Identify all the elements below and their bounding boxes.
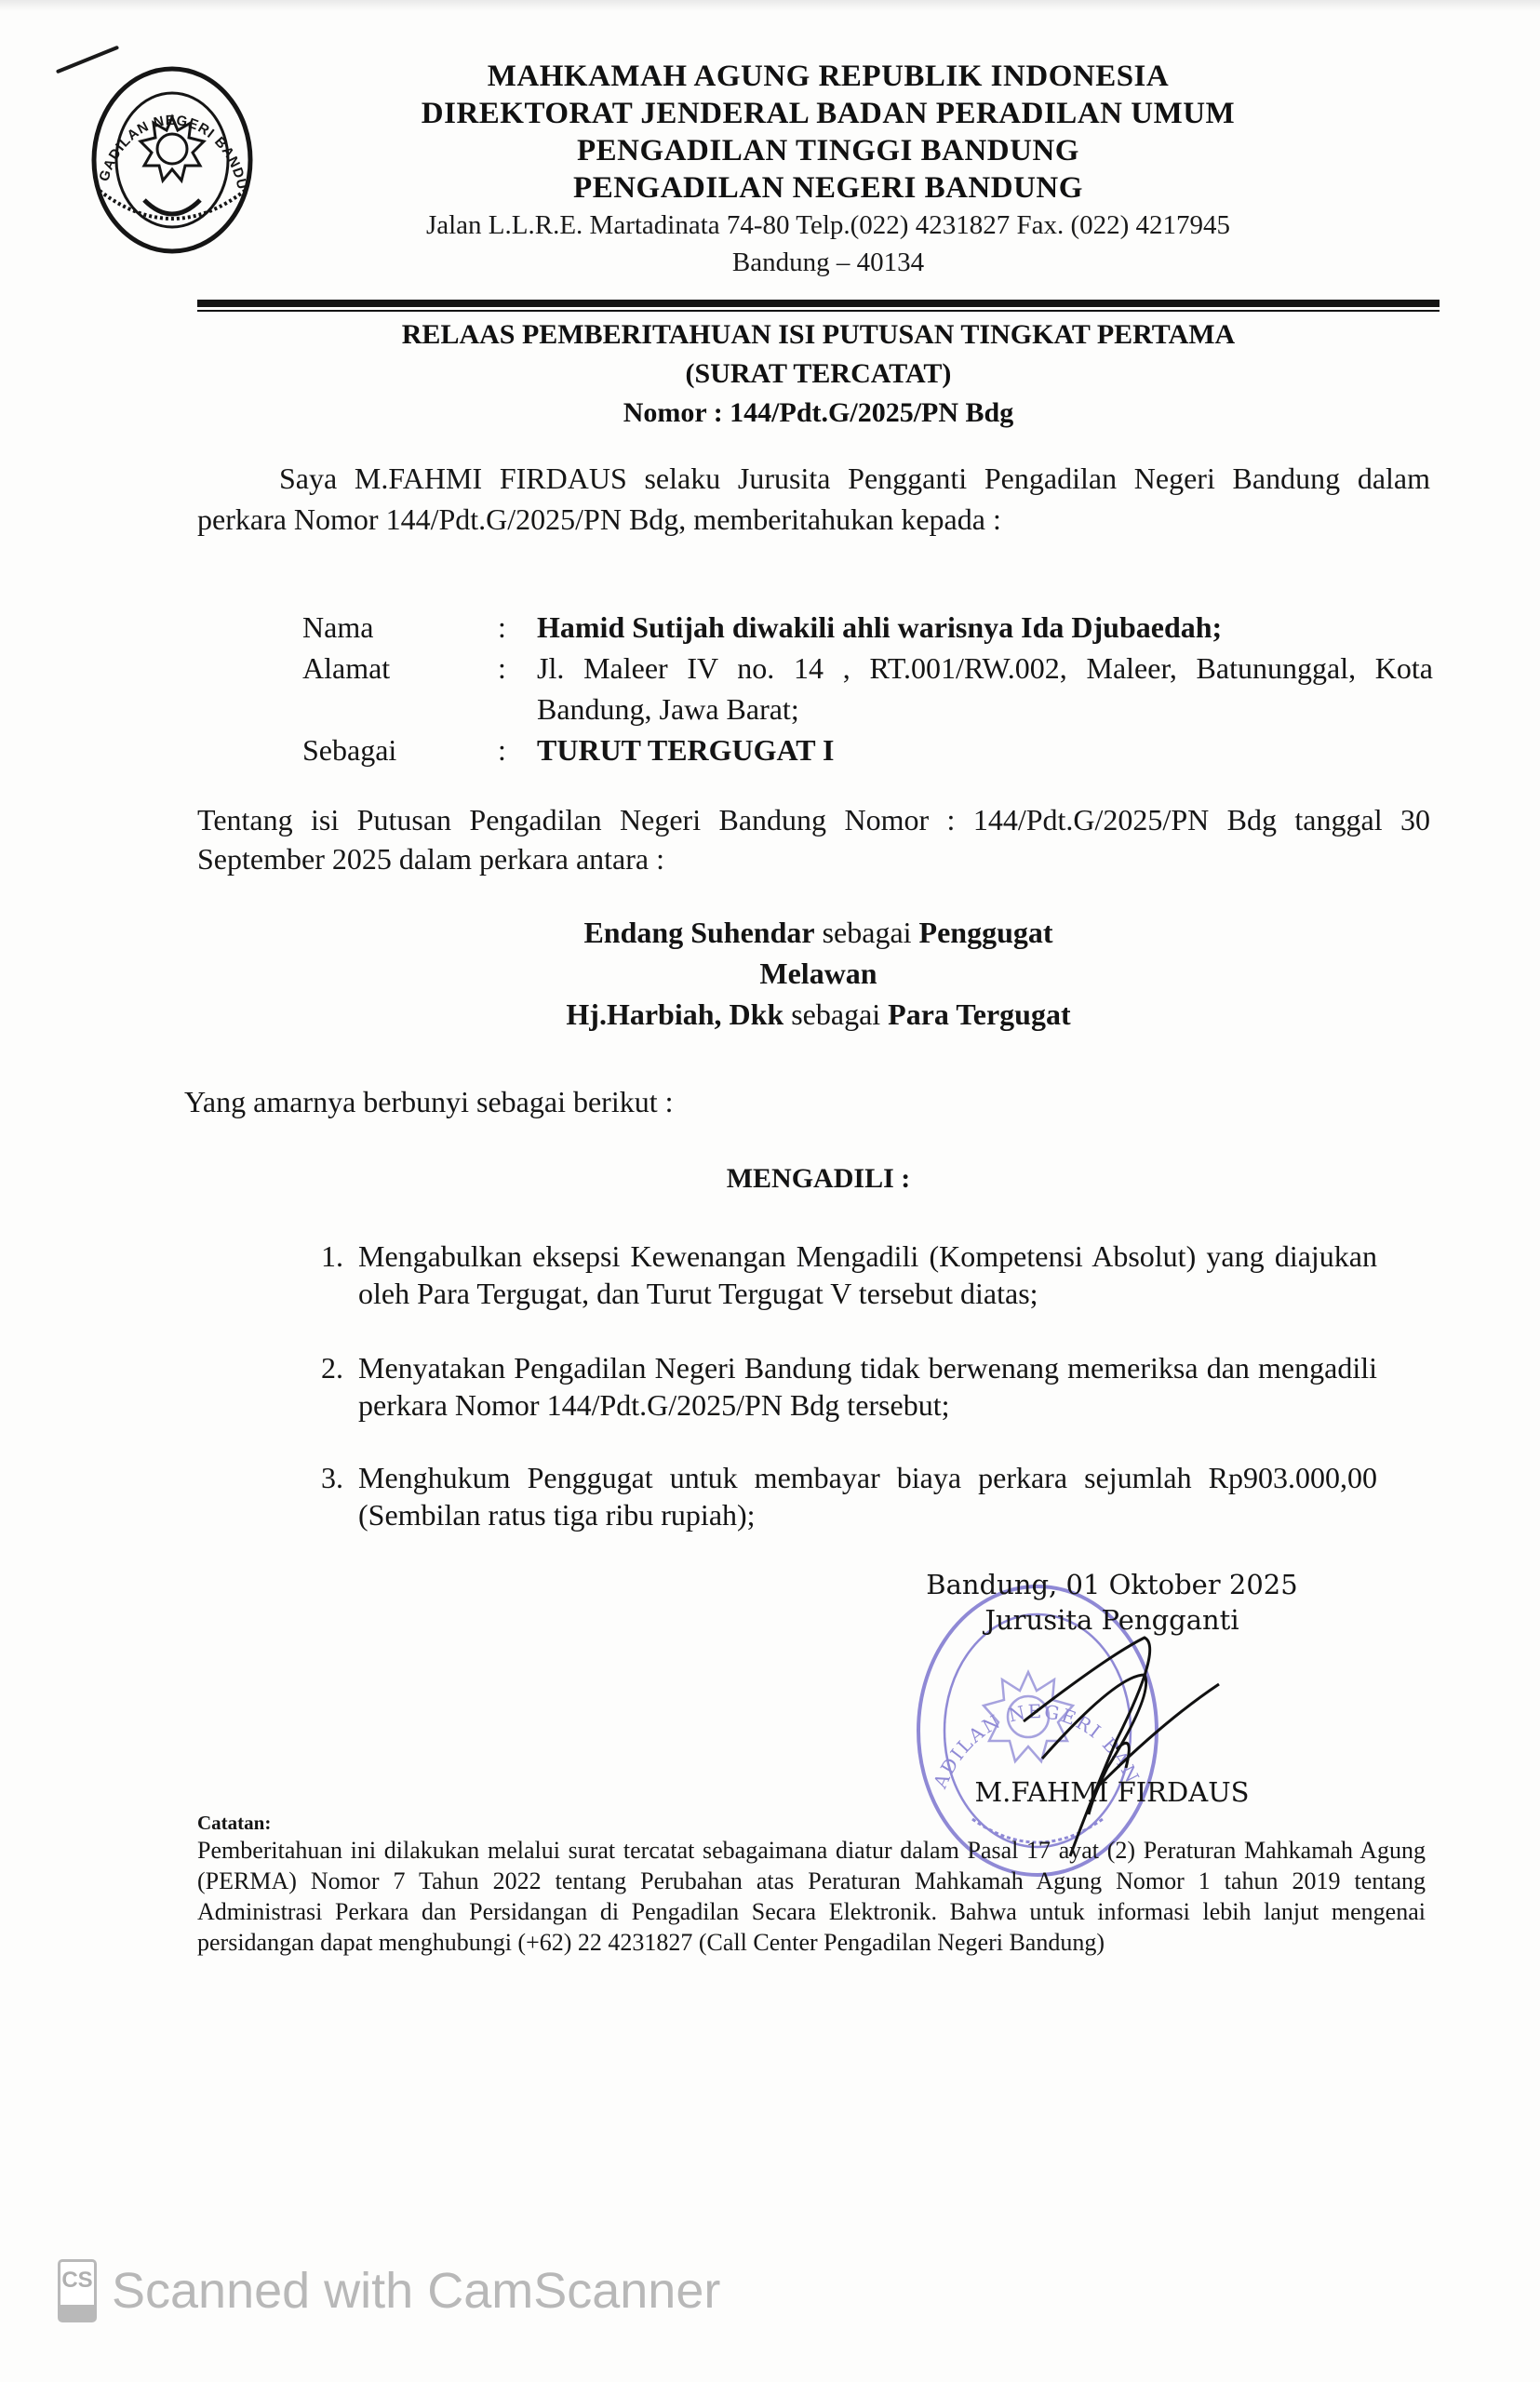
signature-name: M.FAHMI FIRDAUS bbox=[893, 1774, 1331, 1810]
defendant-role: Para Tergugat bbox=[888, 997, 1070, 1031]
plaintiff-name: Endang Suhendar bbox=[583, 916, 814, 949]
item-number: 3. bbox=[321, 1459, 343, 1496]
item-text: Mengabulkan eksepsi Kewenangan Mengadili… bbox=[358, 1238, 1377, 1312]
item-number: 2. bbox=[321, 1349, 343, 1386]
note-text: Pemberitahuan ini dilakukan melalui sura… bbox=[197, 1835, 1426, 1958]
verdict-item: 3. Menghukum Penggugat untuk membayar bi… bbox=[321, 1459, 1377, 1533]
note-heading: Catatan: bbox=[197, 1812, 271, 1835]
verdict-heading: MENGADILI : bbox=[197, 1158, 1440, 1199]
scan-edge bbox=[0, 0, 1540, 11]
letterhead-city: Bandung – 40134 bbox=[242, 244, 1414, 281]
item-text: Menghukum Penggugat untuk membayar biaya… bbox=[358, 1459, 1377, 1533]
camscanner-text: Scanned with CamScanner bbox=[112, 2262, 720, 2320]
recipient-name-row: Nama : Hamid Sutijah diwakili ahli waris… bbox=[302, 607, 1433, 648]
document-subtitle: (SURAT TERCATAT) bbox=[197, 355, 1440, 393]
court-logo-icon: PENGADILAN NEGERI BANDUNG bbox=[79, 60, 265, 261]
signature-place-date: Bandung, 01 Oktober 2025 bbox=[893, 1567, 1331, 1602]
document-number: Nomor : 144/Pdt.G/2025/PN Bdg bbox=[197, 395, 1440, 432]
document-title: RELAAS PEMBERITAHUAN ISI PUTUSAN TINGKAT… bbox=[197, 316, 1440, 354]
colon: : bbox=[498, 648, 506, 689]
header-divider-thin bbox=[197, 310, 1440, 312]
letterhead-address: Jalan L.L.R.E. Martadinata 74-80 Telp.(0… bbox=[242, 207, 1414, 244]
recipient-role-row: Sebagai : TURUT TERGUGAT I bbox=[302, 729, 1433, 770]
address-value: Jl. Maleer IV no. 14 , RT.001/RW.002, Ma… bbox=[537, 648, 1433, 729]
letterhead-line-4: PENGADILAN NEGERI BANDUNG bbox=[242, 169, 1414, 207]
item-text: Menyatakan Pengadilan Negeri Bandung tid… bbox=[358, 1349, 1377, 1424]
plaintiff-role: Penggugat bbox=[919, 916, 1053, 949]
about-paragraph: Tentang isi Putusan Pengadilan Negeri Ba… bbox=[197, 800, 1430, 878]
versus: Melawan bbox=[197, 953, 1440, 994]
address-label: Alamat bbox=[302, 648, 390, 689]
handwritten-signature-icon bbox=[1005, 1619, 1247, 1861]
letterhead-line-3: PENGADILAN TINGGI BANDUNG bbox=[242, 132, 1414, 169]
as-word: sebagai bbox=[815, 916, 919, 949]
verdict-item: 2. Menyatakan Pengadilan Negeri Bandung … bbox=[321, 1349, 1377, 1461]
header-divider bbox=[197, 300, 1440, 307]
role-label: Sebagai bbox=[302, 729, 396, 770]
item-number: 1. bbox=[321, 1238, 343, 1275]
defendant-line: Hj.Harbiah, Dkk sebagai Para Tergugat bbox=[197, 994, 1440, 1035]
as-word: sebagai bbox=[783, 997, 888, 1031]
name-value: Hamid Sutijah diwakili ahli warisnya Ida… bbox=[537, 607, 1433, 648]
letterhead-line-1: MAHKAMAH AGUNG REPUBLIK INDONESIA bbox=[242, 58, 1414, 95]
colon: : bbox=[498, 729, 506, 770]
role-value: TURUT TERGUGAT I bbox=[537, 729, 1433, 770]
verdict-item: 1. Mengabulkan eksepsi Kewenangan Mengad… bbox=[321, 1238, 1377, 1349]
plaintiff-line: Endang Suhendar sebagai Penggugat bbox=[197, 912, 1440, 953]
letterhead-line-2: DIREKTORAT JENDERAL BADAN PERADILAN UMUM bbox=[242, 95, 1414, 132]
recipient-address-row: Alamat : Jl. Maleer IV no. 14 , RT.001/R… bbox=[302, 648, 1433, 729]
camscanner-watermark: CS Scanned with CamScanner bbox=[58, 2259, 720, 2322]
verdict-intro: Yang amarnya berbunyi sebagai berikut : bbox=[184, 1081, 674, 1122]
name-label: Nama bbox=[302, 607, 373, 648]
camscanner-logo-icon: CS bbox=[58, 2259, 97, 2322]
defendant-name: Hj.Harbiah, Dkk bbox=[566, 997, 783, 1031]
letterhead: MAHKAMAH AGUNG REPUBLIK INDONESIA DIREKT… bbox=[242, 58, 1414, 281]
colon: : bbox=[498, 607, 506, 648]
svg-text:PENGADILAN NEGERI BANDUNG: PENGADILAN NEGERI BANDUNG bbox=[79, 60, 250, 192]
intro-paragraph: Saya M.FAHMI FIRDAUS selaku Jurusita Pen… bbox=[197, 458, 1430, 540]
